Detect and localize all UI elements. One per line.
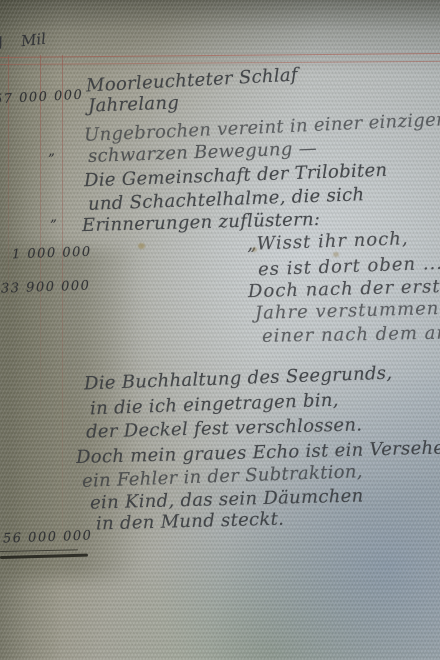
poem-line: in den Mund steckt. bbox=[96, 509, 285, 535]
ditto-mark-2: „ bbox=[49, 210, 58, 226]
red-column-rule-3 bbox=[62, 55, 63, 560]
margin-total-value: 56 000 000 bbox=[3, 528, 93, 546]
red-column-rule-2 bbox=[40, 55, 41, 415]
red-head-rule-top bbox=[0, 53, 440, 58]
red-head-rule-bottom bbox=[0, 61, 440, 65]
ink-stain bbox=[252, 247, 257, 252]
margin-entry-3: 33 900 000 bbox=[1, 278, 91, 296]
ditto-mark-1: „ bbox=[47, 144, 56, 160]
quote-line: einer nach dem ande bbox=[262, 322, 440, 347]
poem-line: Jahrelang bbox=[88, 92, 180, 116]
quote-line: „Wisst ihr noch, bbox=[247, 228, 409, 255]
header-edge-fragment: d bbox=[0, 33, 5, 53]
margin-entry-1: 57 000 000 bbox=[0, 88, 84, 108]
ink-stain bbox=[138, 243, 145, 249]
margin-entry-2: 1 000 000 bbox=[12, 245, 92, 263]
header-column-label: Mil bbox=[20, 30, 47, 51]
ledger-page-photo: d Mil 57 000 000 „ „ 1 000 000 33 900 00… bbox=[0, 0, 440, 660]
poem-line: Moorleuchteter Schlaf bbox=[86, 64, 299, 96]
ink-stain bbox=[333, 252, 339, 257]
